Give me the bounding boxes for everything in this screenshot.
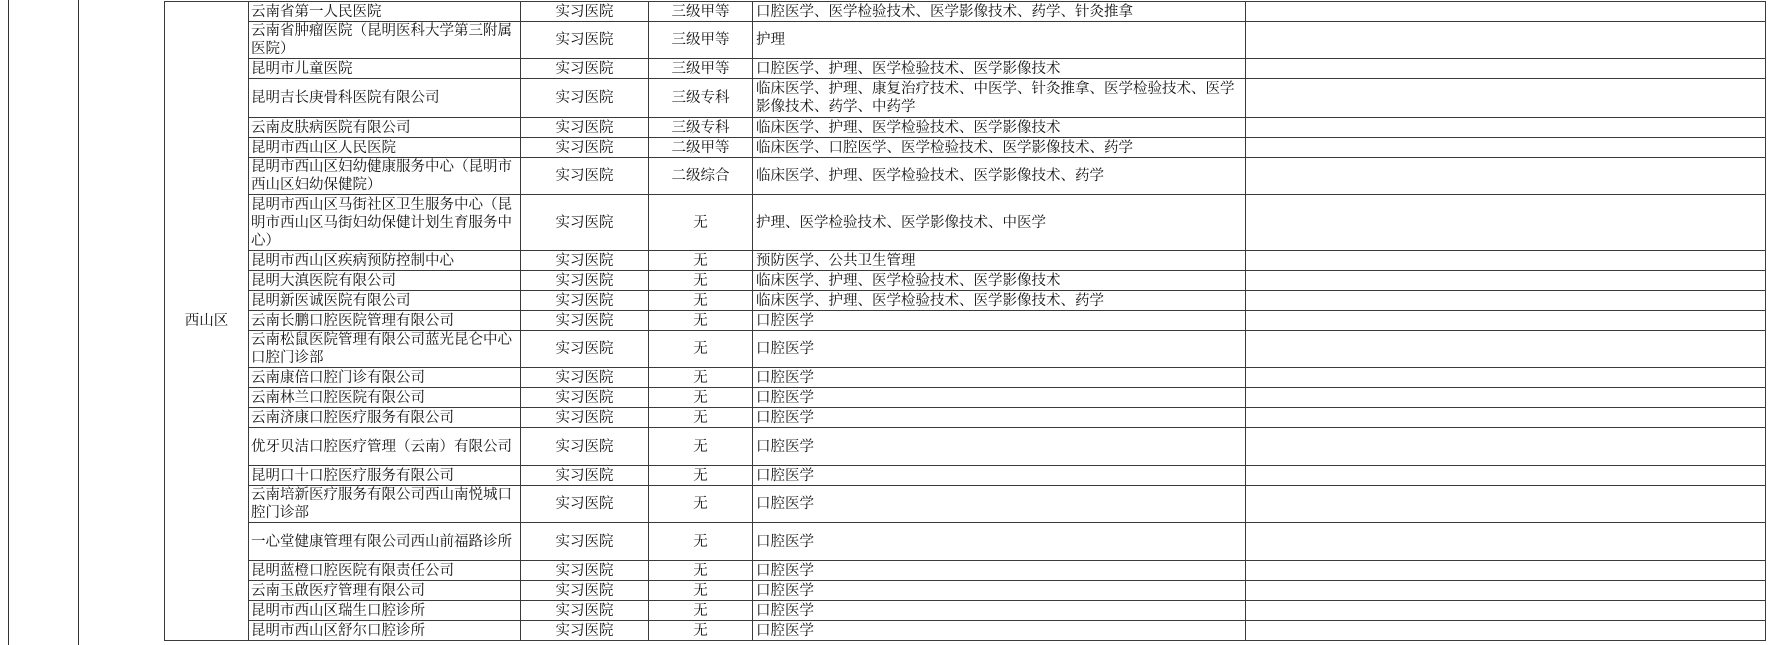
remark-cell	[1246, 195, 1766, 251]
table-row: 云南皮肤病医院有限公司实习医院三级专科临床医学、护理、医学检验技术、医学影像技术	[165, 118, 1766, 138]
majors-cell: 护理、医学检验技术、医学影像技术、中医学	[753, 195, 1246, 251]
majors-cell: 临床医学、护理、医学检验技术、医学影像技术、药学	[753, 158, 1246, 195]
hospital-level-cell: 无	[649, 621, 753, 641]
majors-cell: 口腔医学	[753, 368, 1246, 388]
hospital-type-cell: 实习医院	[521, 466, 649, 486]
hospital-type-cell: 实习医院	[521, 251, 649, 271]
majors-cell: 口腔医学、医学检验技术、医学影像技术、药学、针灸推拿	[753, 2, 1246, 22]
column-divider-left-1	[8, 0, 9, 645]
hospital-type-cell: 实习医院	[521, 138, 649, 158]
table-row: 昆明市西山区疾病预防控制中心实习医院无预防医学、公共卫生管理	[165, 251, 1766, 271]
hospital-level-cell: 二级甲等	[649, 138, 753, 158]
majors-cell: 口腔医学	[753, 311, 1246, 331]
hospital-type-cell: 实习医院	[521, 486, 649, 523]
hospital-name-cell: 昆明市西山区马街社区卫生服务中心（昆明市西山区马街妇幼保健计划生育服务中心）	[249, 195, 521, 251]
hospital-type-cell: 实习医院	[521, 388, 649, 408]
hospital-level-cell: 二级综合	[649, 158, 753, 195]
table-row: 云南培新医疗服务有限公司西山南悦城口腔门诊部实习医院无口腔医学	[165, 486, 1766, 523]
hospital-type-cell: 实习医院	[521, 195, 649, 251]
hospital-name-cell: 云南康倍口腔门诊有限公司	[249, 368, 521, 388]
majors-cell: 护理	[753, 22, 1246, 59]
hospital-name-cell: 云南林兰口腔医院有限公司	[249, 388, 521, 408]
remark-cell	[1246, 523, 1766, 561]
majors-cell: 口腔医学	[753, 561, 1246, 581]
hospital-name-cell: 昆明蓝橙口腔医院有限责任公司	[249, 561, 521, 581]
hospital-level-cell: 无	[649, 368, 753, 388]
remark-cell	[1246, 368, 1766, 388]
hospital-name-cell: 云南省第一人民医院	[249, 2, 521, 22]
hospital-name-cell: 昆明市西山区舒尔口腔诊所	[249, 621, 521, 641]
hospital-type-cell: 实习医院	[521, 561, 649, 581]
hospital-table: 西山区云南省第一人民医院实习医院三级甲等口腔医学、医学检验技术、医学影像技术、药…	[164, 1, 1766, 641]
table-row: 云南济康口腔医疗服务有限公司实习医院无口腔医学	[165, 408, 1766, 428]
hospital-level-cell: 无	[649, 311, 753, 331]
column-divider-left-2	[78, 0, 79, 645]
hospital-name-cell: 云南济康口腔医疗服务有限公司	[249, 408, 521, 428]
hospital-type-cell: 实习医院	[521, 22, 649, 59]
hospital-name-cell: 一心堂健康管理有限公司西山前福路诊所	[249, 523, 521, 561]
hospital-name-cell: 昆明大滇医院有限公司	[249, 271, 521, 291]
remark-cell	[1246, 251, 1766, 271]
majors-cell: 临床医学、护理、医学检验技术、医学影像技术、药学	[753, 291, 1246, 311]
hospital-type-cell: 实习医院	[521, 523, 649, 561]
hospital-type-cell: 实习医院	[521, 2, 649, 22]
hospital-name-cell: 优牙贝洁口腔医疗管理（云南）有限公司	[249, 428, 521, 466]
table-row: 云南长鹏口腔医院管理有限公司实习医院无口腔医学	[165, 311, 1766, 331]
majors-cell: 口腔医学	[753, 388, 1246, 408]
hospital-level-cell: 三级甲等	[649, 59, 753, 79]
table-row: 昆明新医诚医院有限公司实习医院无临床医学、护理、医学检验技术、医学影像技术、药学	[165, 291, 1766, 311]
hospital-name-cell: 云南玉啟医疗管理有限公司	[249, 581, 521, 601]
majors-cell: 临床医学、护理、医学检验技术、医学影像技术	[753, 271, 1246, 291]
table-row: 云南玉啟医疗管理有限公司实习医院无口腔医学	[165, 581, 1766, 601]
hospital-level-cell: 无	[649, 291, 753, 311]
majors-cell: 临床医学、护理、康复治疗技术、中医学、针灸推拿、医学检验技术、医学影像技术、药学…	[753, 79, 1246, 118]
majors-cell: 口腔医学	[753, 486, 1246, 523]
hospital-name-cell: 昆明新医诚医院有限公司	[249, 291, 521, 311]
hospital-type-cell: 实习医院	[521, 311, 649, 331]
hospital-name-cell: 昆明市儿童医院	[249, 59, 521, 79]
remark-cell	[1246, 22, 1766, 59]
hospital-type-cell: 实习医院	[521, 428, 649, 466]
hospital-name-cell: 云南培新医疗服务有限公司西山南悦城口腔门诊部	[249, 486, 521, 523]
remark-cell	[1246, 621, 1766, 641]
table-row: 昆明吉长庚骨科医院有限公司实习医院三级专科临床医学、护理、康复治疗技术、中医学、…	[165, 79, 1766, 118]
remark-cell	[1246, 601, 1766, 621]
hospital-level-cell: 无	[649, 428, 753, 466]
remark-cell	[1246, 271, 1766, 291]
hospital-level-cell: 无	[649, 195, 753, 251]
hospital-level-cell: 无	[649, 466, 753, 486]
remark-cell	[1246, 581, 1766, 601]
remark-cell	[1246, 408, 1766, 428]
table-row: 云南松鼠医院管理有限公司蓝光昆仑中心口腔门诊部实习医院无口腔医学	[165, 331, 1766, 368]
table-row: 昆明市西山区舒尔口腔诊所实习医院无口腔医学	[165, 621, 1766, 641]
hospital-level-cell: 无	[649, 271, 753, 291]
majors-cell: 口腔医学	[753, 331, 1246, 368]
hospital-type-cell: 实习医院	[521, 368, 649, 388]
majors-cell: 临床医学、护理、医学检验技术、医学影像技术	[753, 118, 1246, 138]
table-row: 昆明市西山区马街社区卫生服务中心（昆明市西山区马街妇幼保健计划生育服务中心）实习…	[165, 195, 1766, 251]
table-row: 昆明市儿童医院实习医院三级甲等口腔医学、护理、医学检验技术、医学影像技术	[165, 59, 1766, 79]
hospital-name-cell: 昆明市西山区人民医院	[249, 138, 521, 158]
hospital-name-cell: 昆明吉长庚骨科医院有限公司	[249, 79, 521, 118]
hospital-level-cell: 无	[649, 581, 753, 601]
remark-cell	[1246, 388, 1766, 408]
hospital-name-cell: 昆明市西山区瑞生口腔诊所	[249, 601, 521, 621]
hospital-level-cell: 无	[649, 388, 753, 408]
table-row: 昆明大滇医院有限公司实习医院无临床医学、护理、医学检验技术、医学影像技术	[165, 271, 1766, 291]
table-row: 云南林兰口腔医院有限公司实习医院无口腔医学	[165, 388, 1766, 408]
hospital-type-cell: 实习医院	[521, 408, 649, 428]
majors-cell: 口腔医学	[753, 428, 1246, 466]
remark-cell	[1246, 118, 1766, 138]
hospital-type-cell: 实习医院	[521, 291, 649, 311]
remark-cell	[1246, 486, 1766, 523]
remark-cell	[1246, 2, 1766, 22]
table-row: 昆明蓝橙口腔医院有限责任公司实习医院无口腔医学	[165, 561, 1766, 581]
hospital-type-cell: 实习医院	[521, 601, 649, 621]
remark-cell	[1246, 561, 1766, 581]
table-row: 云南省肿瘤医院（昆明医科大学第三附属医院）实习医院三级甲等护理	[165, 22, 1766, 59]
hospital-type-cell: 实习医院	[521, 621, 649, 641]
hospital-type-cell: 实习医院	[521, 331, 649, 368]
majors-cell: 口腔医学	[753, 601, 1246, 621]
hospital-name-cell: 云南省肿瘤医院（昆明医科大学第三附属医院）	[249, 22, 521, 59]
hospital-name-cell: 云南皮肤病医院有限公司	[249, 118, 521, 138]
majors-cell: 口腔医学	[753, 523, 1246, 561]
hospital-type-cell: 实习医院	[521, 79, 649, 118]
table-row: 昆明市西山区瑞生口腔诊所实习医院无口腔医学	[165, 601, 1766, 621]
hospital-level-cell: 三级甲等	[649, 22, 753, 59]
majors-cell: 口腔医学、护理、医学检验技术、医学影像技术	[753, 59, 1246, 79]
hospital-name-cell: 昆明口十口腔医疗服务有限公司	[249, 466, 521, 486]
hospital-level-cell: 无	[649, 251, 753, 271]
remark-cell	[1246, 331, 1766, 368]
remark-cell	[1246, 79, 1766, 118]
remark-cell	[1246, 291, 1766, 311]
hospital-type-cell: 实习医院	[521, 271, 649, 291]
table-row: 昆明市西山区人民医院实习医院二级甲等临床医学、口腔医学、医学检验技术、医学影像技…	[165, 138, 1766, 158]
hospital-level-cell: 三级专科	[649, 79, 753, 118]
table-row: 昆明市西山区妇幼健康服务中心（昆明市西山区妇幼保健院）实习医院二级综合临床医学、…	[165, 158, 1766, 195]
hospital-name-cell: 昆明市西山区疾病预防控制中心	[249, 251, 521, 271]
hospital-level-cell: 无	[649, 486, 753, 523]
table-row: 优牙贝洁口腔医疗管理（云南）有限公司实习医院无口腔医学	[165, 428, 1766, 466]
district-cell: 西山区	[165, 2, 249, 641]
hospital-name-cell: 云南长鹏口腔医院管理有限公司	[249, 311, 521, 331]
hospital-level-cell: 无	[649, 408, 753, 428]
remark-cell	[1246, 311, 1766, 331]
remark-cell	[1246, 428, 1766, 466]
remark-cell	[1246, 59, 1766, 79]
hospital-level-cell: 无	[649, 561, 753, 581]
majors-cell: 口腔医学	[753, 621, 1246, 641]
hospital-type-cell: 实习医院	[521, 59, 649, 79]
majors-cell: 预防医学、公共卫生管理	[753, 251, 1246, 271]
table-row: 一心堂健康管理有限公司西山前福路诊所实习医院无口腔医学	[165, 523, 1766, 561]
hospital-level-cell: 三级专科	[649, 118, 753, 138]
hospital-type-cell: 实习医院	[521, 581, 649, 601]
majors-cell: 临床医学、口腔医学、医学检验技术、医学影像技术、药学	[753, 138, 1246, 158]
table-body: 西山区云南省第一人民医院实习医院三级甲等口腔医学、医学检验技术、医学影像技术、药…	[165, 2, 1766, 641]
table-row: 西山区云南省第一人民医院实习医院三级甲等口腔医学、医学检验技术、医学影像技术、药…	[165, 2, 1766, 22]
majors-cell: 口腔医学	[753, 466, 1246, 486]
hospital-level-cell: 无	[649, 523, 753, 561]
table-row: 云南康倍口腔门诊有限公司实习医院无口腔医学	[165, 368, 1766, 388]
majors-cell: 口腔医学	[753, 581, 1246, 601]
hospital-level-cell: 无	[649, 601, 753, 621]
hospital-level-cell: 三级甲等	[649, 2, 753, 22]
majors-cell: 口腔医学	[753, 408, 1246, 428]
remark-cell	[1246, 158, 1766, 195]
table-row: 昆明口十口腔医疗服务有限公司实习医院无口腔医学	[165, 466, 1766, 486]
hospital-type-cell: 实习医院	[521, 158, 649, 195]
hospital-name-cell: 昆明市西山区妇幼健康服务中心（昆明市西山区妇幼保健院）	[249, 158, 521, 195]
remark-cell	[1246, 138, 1766, 158]
hospital-level-cell: 无	[649, 331, 753, 368]
hospital-name-cell: 云南松鼠医院管理有限公司蓝光昆仑中心口腔门诊部	[249, 331, 521, 368]
remark-cell	[1246, 466, 1766, 486]
hospital-type-cell: 实习医院	[521, 118, 649, 138]
